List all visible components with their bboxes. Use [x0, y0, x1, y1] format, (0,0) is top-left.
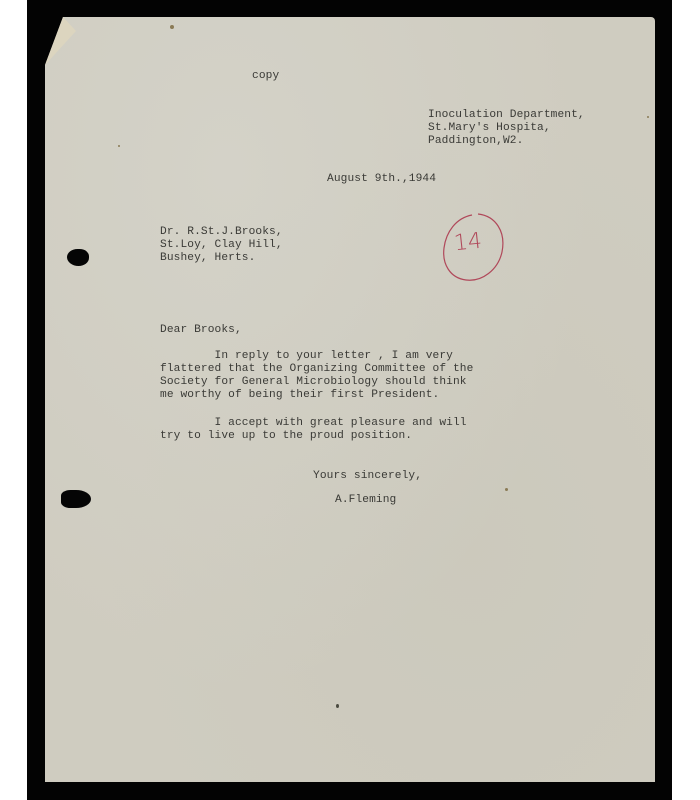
body-paragraph-1: In reply to your letter , I am veryflatt… [160, 350, 473, 402]
punch-hole-bottom [61, 490, 91, 508]
salutation: Dear Brooks, [160, 324, 242, 337]
body-line: In reply to your letter , I am very [160, 350, 473, 363]
body-paragraph-2: I accept with great pleasure and willtry… [160, 417, 467, 443]
body-line: I accept with great pleasure and will [160, 417, 467, 430]
paper-speck [505, 488, 508, 491]
recipient-address: Dr. R.St.J.Brooks,St.Loy, Clay Hill,Bush… [160, 226, 283, 265]
circled-number-annotation: 14 [438, 210, 508, 285]
recipient-address-line: Bushey, Herts. [160, 252, 283, 265]
closing: Yours sincerely, [313, 470, 422, 483]
sender-address: Inoculation Department,St.Mary's Hospita… [428, 109, 585, 148]
paper-speck [118, 145, 120, 147]
recipient-address-line: St.Loy, Clay Hill, [160, 239, 283, 252]
sender-address-line: Inoculation Department, [428, 109, 585, 122]
body-line: try to live up to the proud position. [160, 430, 467, 443]
recipient-address-line: Dr. R.St.J.Brooks, [160, 226, 283, 239]
letter-date: August 9th.,1944 [327, 173, 436, 186]
body-line: me worthy of being their first President… [160, 389, 473, 402]
annotation-number: 14 [453, 229, 483, 257]
body-line: Society for General Microbiology should … [160, 376, 473, 389]
paper-speck [647, 116, 649, 118]
sender-address-line: Paddington,W2. [428, 135, 585, 148]
paper-speck [336, 704, 339, 708]
punch-hole-top [67, 249, 89, 266]
copy-label: copy [252, 70, 279, 83]
sender-address-line: St.Mary's Hospita, [428, 122, 585, 135]
signature: A.Fleming [335, 494, 396, 507]
paper-speck [170, 25, 174, 29]
body-line: flattered that the Organizing Committee … [160, 363, 473, 376]
